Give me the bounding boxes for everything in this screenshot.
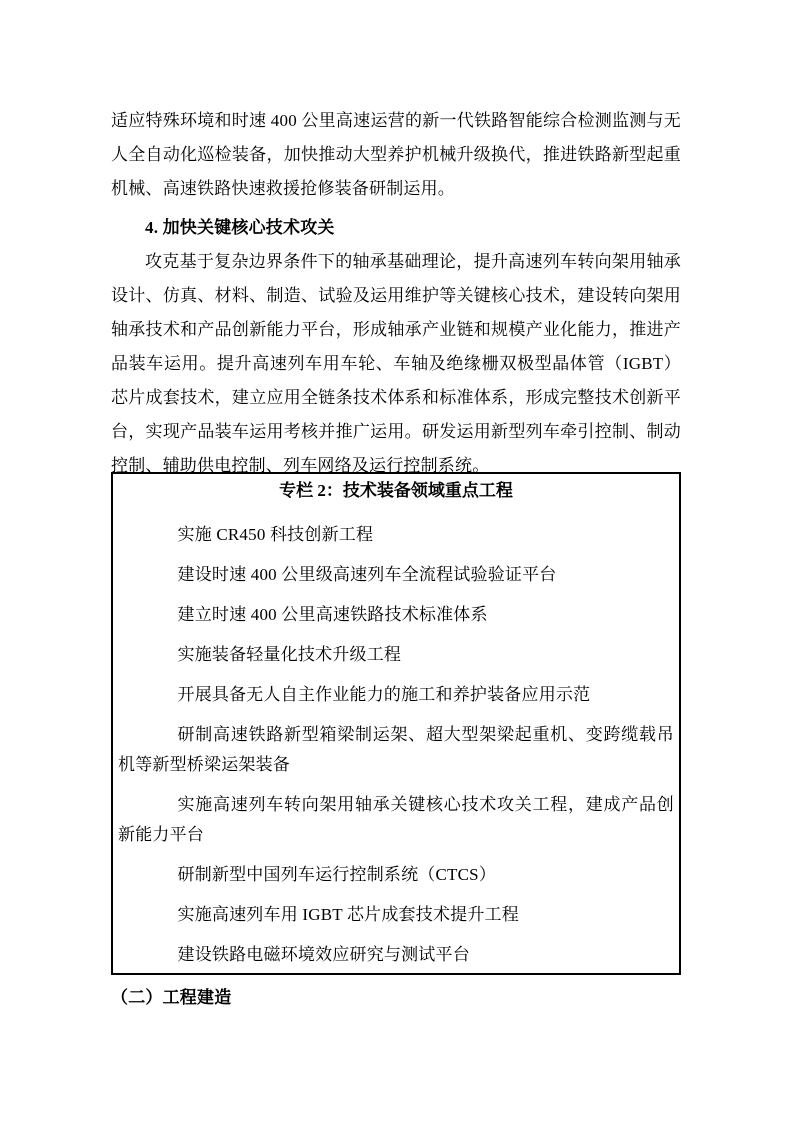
page-content: 适应特殊环境和时速 400 公里高速运营的新一代铁路智能综合检测监测与无人全自动… xyxy=(111,0,681,1015)
box-item-2: 建设时速 400 公里级高速列车全流程试验验证平台 xyxy=(118,560,674,590)
box-item-1: 实施 CR450 科技创新工程 xyxy=(118,520,674,550)
box-item-7: 实施高速列车转向架用轴承关键核心技术攻关工程，建成产品创新能力平台 xyxy=(118,790,674,850)
box-item-4: 实施装备轻量化技术升级工程 xyxy=(118,640,674,670)
box-item-6: 研制高速铁路新型箱梁制运架、超大型架梁起重机、变跨缆载吊机等新型桥梁运架装备 xyxy=(118,720,674,780)
box-item-8: 研制新型中国列车运行控制系统（CTCS） xyxy=(118,860,674,890)
paragraph-core-tech: 攻克基于复杂边界条件下的轴承基础理论，提升高速列车转向架用轴承设计、仿真、材料、… xyxy=(111,245,681,483)
box-item-9: 实施高速列车用 IGBT 芯片成套技术提升工程 xyxy=(118,900,674,930)
heading-section-2: （二）工程建造 xyxy=(111,981,681,1015)
box-item-3: 建立时速 400 公里高速铁路技术标准体系 xyxy=(118,600,674,630)
column-box-2: 专栏 2：技术装备领域重点工程 实施 CR450 科技创新工程 建设时速 400… xyxy=(111,472,681,975)
box-item-10: 建设铁路电磁环境效应研究与测试平台 xyxy=(118,940,674,970)
paragraph-continuation: 适应特殊环境和时速 400 公里高速运营的新一代铁路智能综合检测监测与无人全自动… xyxy=(111,104,681,206)
heading-item-4: 4. 加快关键核心技术攻关 xyxy=(111,211,681,245)
box-item-5: 开展具备无人自主作业能力的施工和养护装备应用示范 xyxy=(118,680,674,710)
document-page: 适应特殊环境和时速 400 公里高速运营的新一代铁路智能综合检测监测与无人全自动… xyxy=(0,0,793,1122)
